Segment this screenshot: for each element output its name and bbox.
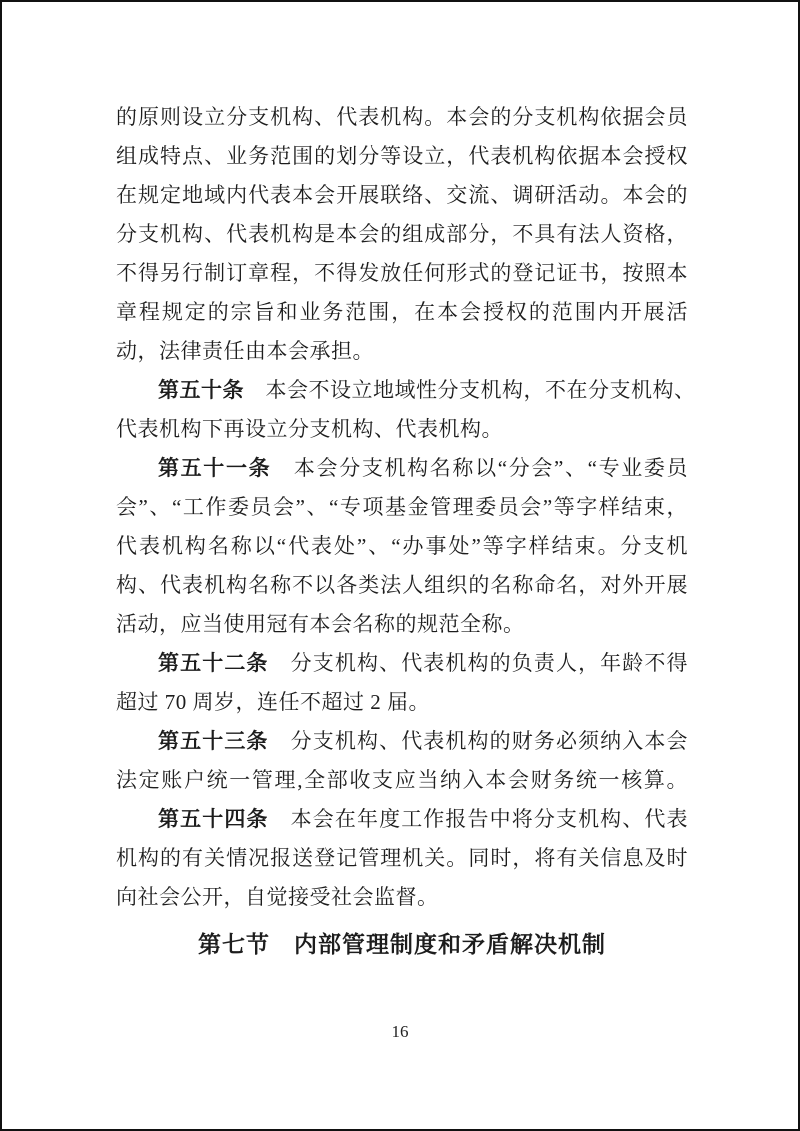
line-text: 分支机构、代表机构的财务必须纳入本会 (269, 729, 688, 753)
line-text: 本会在年度工作报告中将分支机构、代表 (269, 807, 688, 831)
line-text: 的原则设立分支机构、代表机构。本会的分支机构依据会员 (116, 105, 688, 129)
text-line: 第五十三条 分支机构、代表机构的财务必须纳入本会 (116, 722, 688, 761)
section-heading: 第七节 内部管理制度和矛盾解决机制 (116, 930, 688, 960)
line-text: 在规定地域内代表本会开展联络、交流、调研活动。本会的 (116, 183, 688, 207)
line-text: 本会分支机构名称以“分会”、“专业委员 (271, 456, 688, 480)
text-line: 组成特点、业务范围的划分等设立，代表机构依据本会授权 (116, 137, 688, 176)
article-number: 第五十条 (158, 378, 244, 402)
text-line: 分支机构、代表机构是本会的组成部分，不具有法人资格， (116, 215, 688, 254)
text-line: 第五十一条 本会分支机构名称以“分会”、“专业委员 (116, 449, 688, 488)
text-line: 第五十二条 分支机构、代表机构的负责人，年龄不得 (116, 644, 688, 683)
text-line: 不得另行制订章程，不得发放任何形式的登记证书，按照本 (116, 254, 688, 293)
page-number: 16 (2, 1022, 798, 1042)
text-line: 代表机构名称以“代表处”、“办事处”等字样结束。分支机 (116, 527, 688, 566)
text-line: 章程规定的宗旨和业务范围，在本会授权的范围内开展活 (116, 293, 688, 332)
line-text: 会”、“工作委员会”、“专项基金管理委员会”等字样结束， (116, 495, 688, 519)
article-number: 第五十二条 (158, 651, 269, 675)
line-text: 超过 70 周岁，连任不超过 2 届。 (116, 690, 430, 714)
text-line: 第五十条 本会不设立地域性分支机构，不在分支机构、 (116, 371, 688, 410)
text-line: 第五十四条 本会在年度工作报告中将分支机构、代表 (116, 800, 688, 839)
text-line: 构、代表机构名称不以各类法人组织的名称命名，对外开展 (116, 566, 688, 605)
document-body: 的原则设立分支机构、代表机构。本会的分支机构依据会员 组成特点、业务范围的划分等… (116, 98, 688, 960)
line-text: 向社会公开，自觉接受社会监督。 (116, 885, 439, 909)
line-text: 代表机构下再设立分支机构、代表机构。 (116, 417, 503, 441)
line-text: 活动，应当使用冠有本会名称的规范全称。 (116, 612, 525, 636)
line-text: 构、代表机构名称不以各类法人组织的名称命名，对外开展 (116, 573, 688, 597)
article-number: 第五十四条 (158, 807, 269, 831)
line-text: 不得另行制订章程，不得发放任何形式的登记证书，按照本 (116, 261, 688, 285)
text-line: 动，法律责任由本会承担。 (116, 332, 688, 371)
line-text: 章程规定的宗旨和业务范围，在本会授权的范围内开展活 (116, 300, 688, 324)
text-line: 机构的有关情况报送登记管理机关。同时，将有关信息及时 (116, 839, 688, 878)
line-text: 动，法律责任由本会承担。 (116, 339, 374, 363)
line-text: 分支机构、代表机构是本会的组成部分，不具有法人资格， (116, 222, 688, 246)
text-line: 法定账户统一管理,全部收支应当纳入本会财务统一核算。 (116, 761, 688, 800)
article-number: 第五十三条 (158, 729, 269, 753)
text-line: 的原则设立分支机构、代表机构。本会的分支机构依据会员 (116, 98, 688, 137)
text-line: 在规定地域内代表本会开展联络、交流、调研活动。本会的 (116, 176, 688, 215)
document-page: 的原则设立分支机构、代表机构。本会的分支机构依据会员 组成特点、业务范围的划分等… (0, 0, 800, 1131)
article-number: 第五十一条 (158, 456, 271, 480)
line-text: 代表机构名称以“代表处”、“办事处”等字样结束。分支机 (116, 534, 688, 558)
line-text: 本会不设立地域性分支机构，不在分支机构、 (244, 378, 696, 402)
text-line: 超过 70 周岁，连任不超过 2 届。 (116, 683, 688, 722)
text-line: 代表机构下再设立分支机构、代表机构。 (116, 410, 688, 449)
line-text: 机构的有关情况报送登记管理机关。同时，将有关信息及时 (116, 846, 688, 870)
text-line: 向社会公开，自觉接受社会监督。 (116, 878, 688, 917)
line-text: 组成特点、业务范围的划分等设立，代表机构依据本会授权 (116, 144, 688, 168)
line-text: 分支机构、代表机构的负责人，年龄不得 (269, 651, 688, 675)
line-text: 法定账户统一管理,全部收支应当纳入本会财务统一核算。 (116, 768, 688, 792)
text-line: 会”、“工作委员会”、“专项基金管理委员会”等字样结束， (116, 488, 688, 527)
text-line: 活动，应当使用冠有本会名称的规范全称。 (116, 605, 688, 644)
